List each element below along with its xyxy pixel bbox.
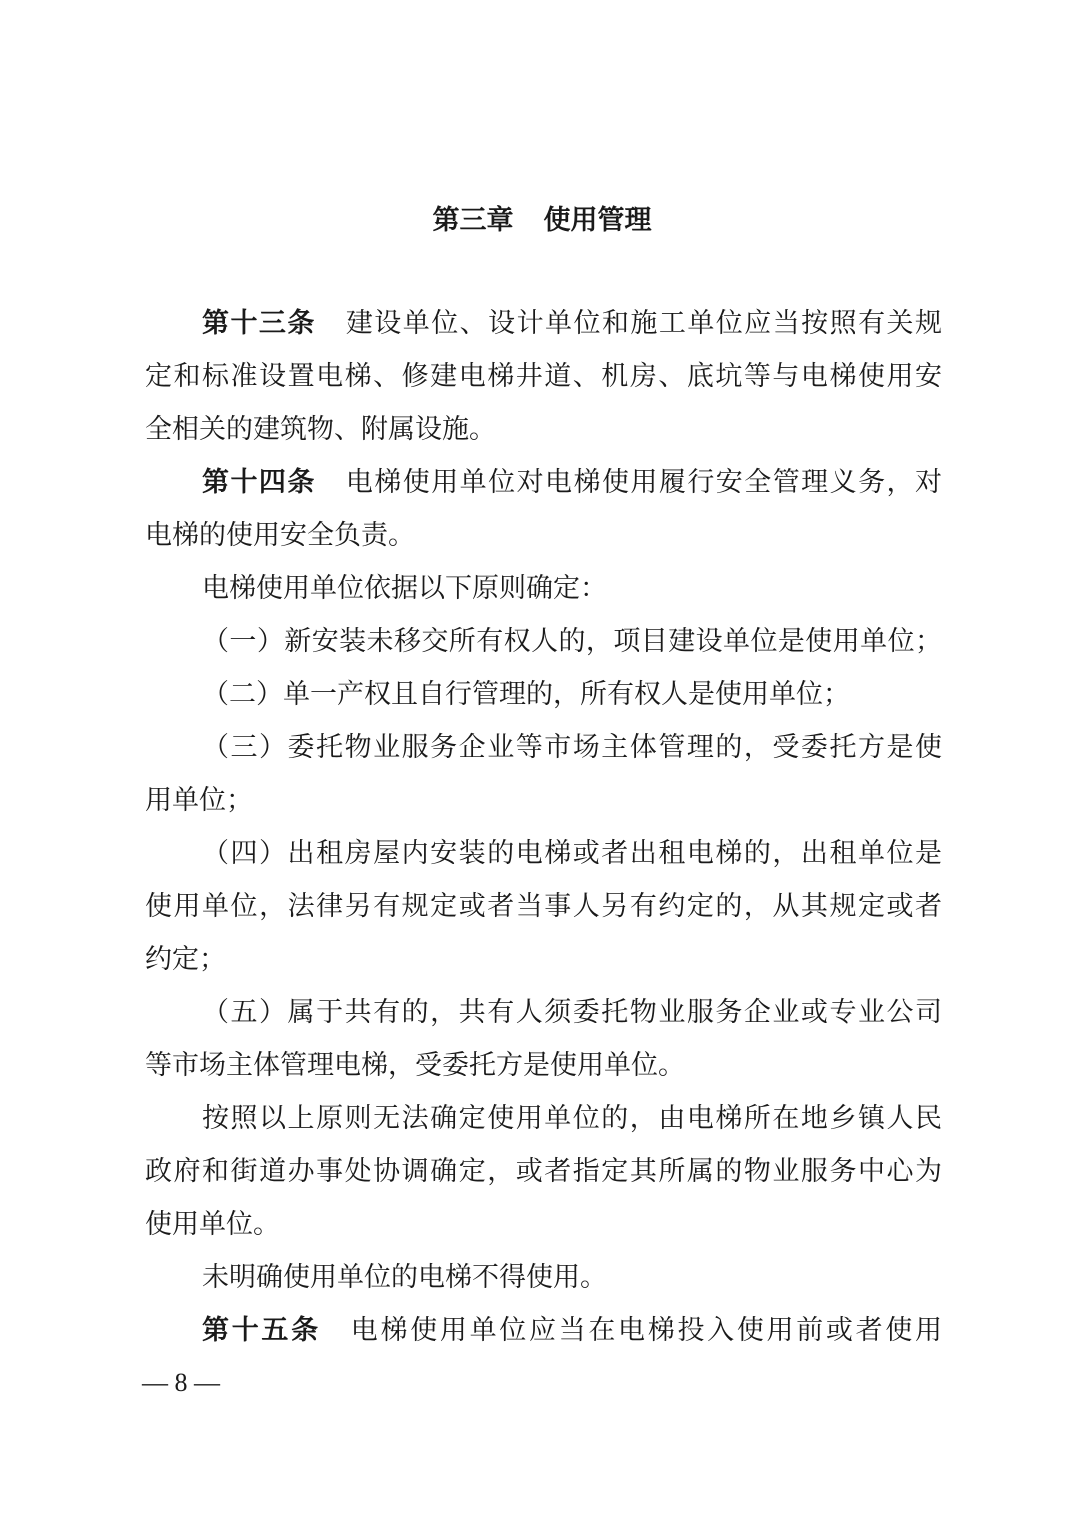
line-text: 电梯使用单位应当在电梯投入使用前或者使用 (351, 1315, 942, 1346)
text-line: 电梯的使用安全负责。 (145, 512, 942, 565)
page-number: — 8 — (142, 1368, 220, 1398)
text-line: （四）出租房屋内安装的电梯或者出租电梯的，出租单位是 (145, 830, 942, 883)
line-text: 定和标准设置电梯、修建电梯井道、机房、底坑等与电梯使用安 (145, 361, 942, 392)
text-line: 第十四条电梯使用单位对电梯使用履行安全管理义务，对 (145, 459, 942, 512)
line-text: 使用单位，法律另有规定或者当事人另有约定的，从其规定或者 (145, 891, 942, 922)
text-line: 第十三条建设单位、设计单位和施工单位应当按照有关规 (145, 300, 942, 353)
text-line: 按照以上原则无法确定使用单位的，由电梯所在地乡镇人民 (145, 1095, 942, 1148)
text-line: 第十五条电梯使用单位应当在电梯投入使用前或者使用 (145, 1307, 942, 1360)
text-line: （一）新安装未移交所有权人的，项目建设单位是使用单位； (145, 618, 942, 671)
text-line: 定和标准设置电梯、修建电梯井道、机房、底坑等与电梯使用安 (145, 353, 942, 406)
line-text: 用单位； (145, 785, 253, 816)
line-text: 等市场主体管理电梯，受委托方是使用单位。 (145, 1050, 685, 1081)
text-line: 等市场主体管理电梯，受委托方是使用单位。 (145, 1042, 942, 1095)
line-text: 全相关的建筑物、附属设施。 (145, 414, 496, 445)
chapter-title: 使用管理 (544, 205, 652, 236)
text-line: 政府和街道办事处协调确定，或者指定其所属的物业服务中心为 (145, 1148, 942, 1201)
line-text: 按照以上原则无法确定使用单位的，由电梯所在地乡镇人民 (202, 1103, 942, 1134)
text-line: 使用单位，法律另有规定或者当事人另有约定的，从其规定或者 (145, 883, 942, 936)
text-line: （三）委托物业服务企业等市场主体管理的，受委托方是使 (145, 724, 942, 777)
line-text: 电梯使用单位对电梯使用履行安全管理义务，对 (346, 467, 942, 498)
document-page: 第三章使用管理 第十三条建设单位、设计单位和施工单位应当按照有关规定和标准设置电… (0, 0, 1074, 1520)
line-text: 使用单位。 (145, 1209, 280, 1240)
text-line: 使用单位。 (145, 1201, 942, 1254)
line-text: 约定； (145, 944, 226, 975)
line-text: 电梯的使用安全负责。 (145, 520, 415, 551)
line-text: 政府和街道办事处协调确定，或者指定其所属的物业服务中心为 (145, 1156, 942, 1187)
text-line: 全相关的建筑物、附属设施。 (145, 406, 942, 459)
chapter-number: 第三章 (433, 205, 514, 236)
chapter-heading: 第三章使用管理 (0, 198, 1074, 237)
article-number: 第十五条 (202, 1315, 321, 1346)
line-text: （一）新安装未移交所有权人的，项目建设单位是使用单位； (202, 626, 942, 657)
text-line: 约定； (145, 936, 942, 989)
line-text: 未明确使用单位的电梯不得使用。 (202, 1262, 607, 1293)
line-text: （二）单一产权且自行管理的，所有权人是使用单位； (202, 679, 850, 710)
text-line: （二）单一产权且自行管理的，所有权人是使用单位； (145, 671, 942, 724)
line-text: （三）委托物业服务企业等市场主体管理的，受委托方是使 (202, 732, 942, 763)
article-number: 第十四条 (202, 467, 316, 498)
line-text: 建设单位、设计单位和施工单位应当按照有关规 (346, 308, 942, 339)
line-text: （四）出租房屋内安装的电梯或者出租电梯的，出租单位是 (202, 838, 942, 869)
article-number: 第十三条 (202, 308, 316, 339)
text-line: 电梯使用单位依据以下原则确定： (145, 565, 942, 618)
line-text: （五）属于共有的，共有人须委托物业服务企业或专业公司 (202, 997, 942, 1028)
text-line: （五）属于共有的，共有人须委托物业服务企业或专业公司 (145, 989, 942, 1042)
document-body: 第十三条建设单位、设计单位和施工单位应当按照有关规定和标准设置电梯、修建电梯井道… (145, 300, 942, 1360)
text-line: 未明确使用单位的电梯不得使用。 (145, 1254, 942, 1307)
text-line: 用单位； (145, 777, 942, 830)
line-text: 电梯使用单位依据以下原则确定： (202, 573, 607, 604)
